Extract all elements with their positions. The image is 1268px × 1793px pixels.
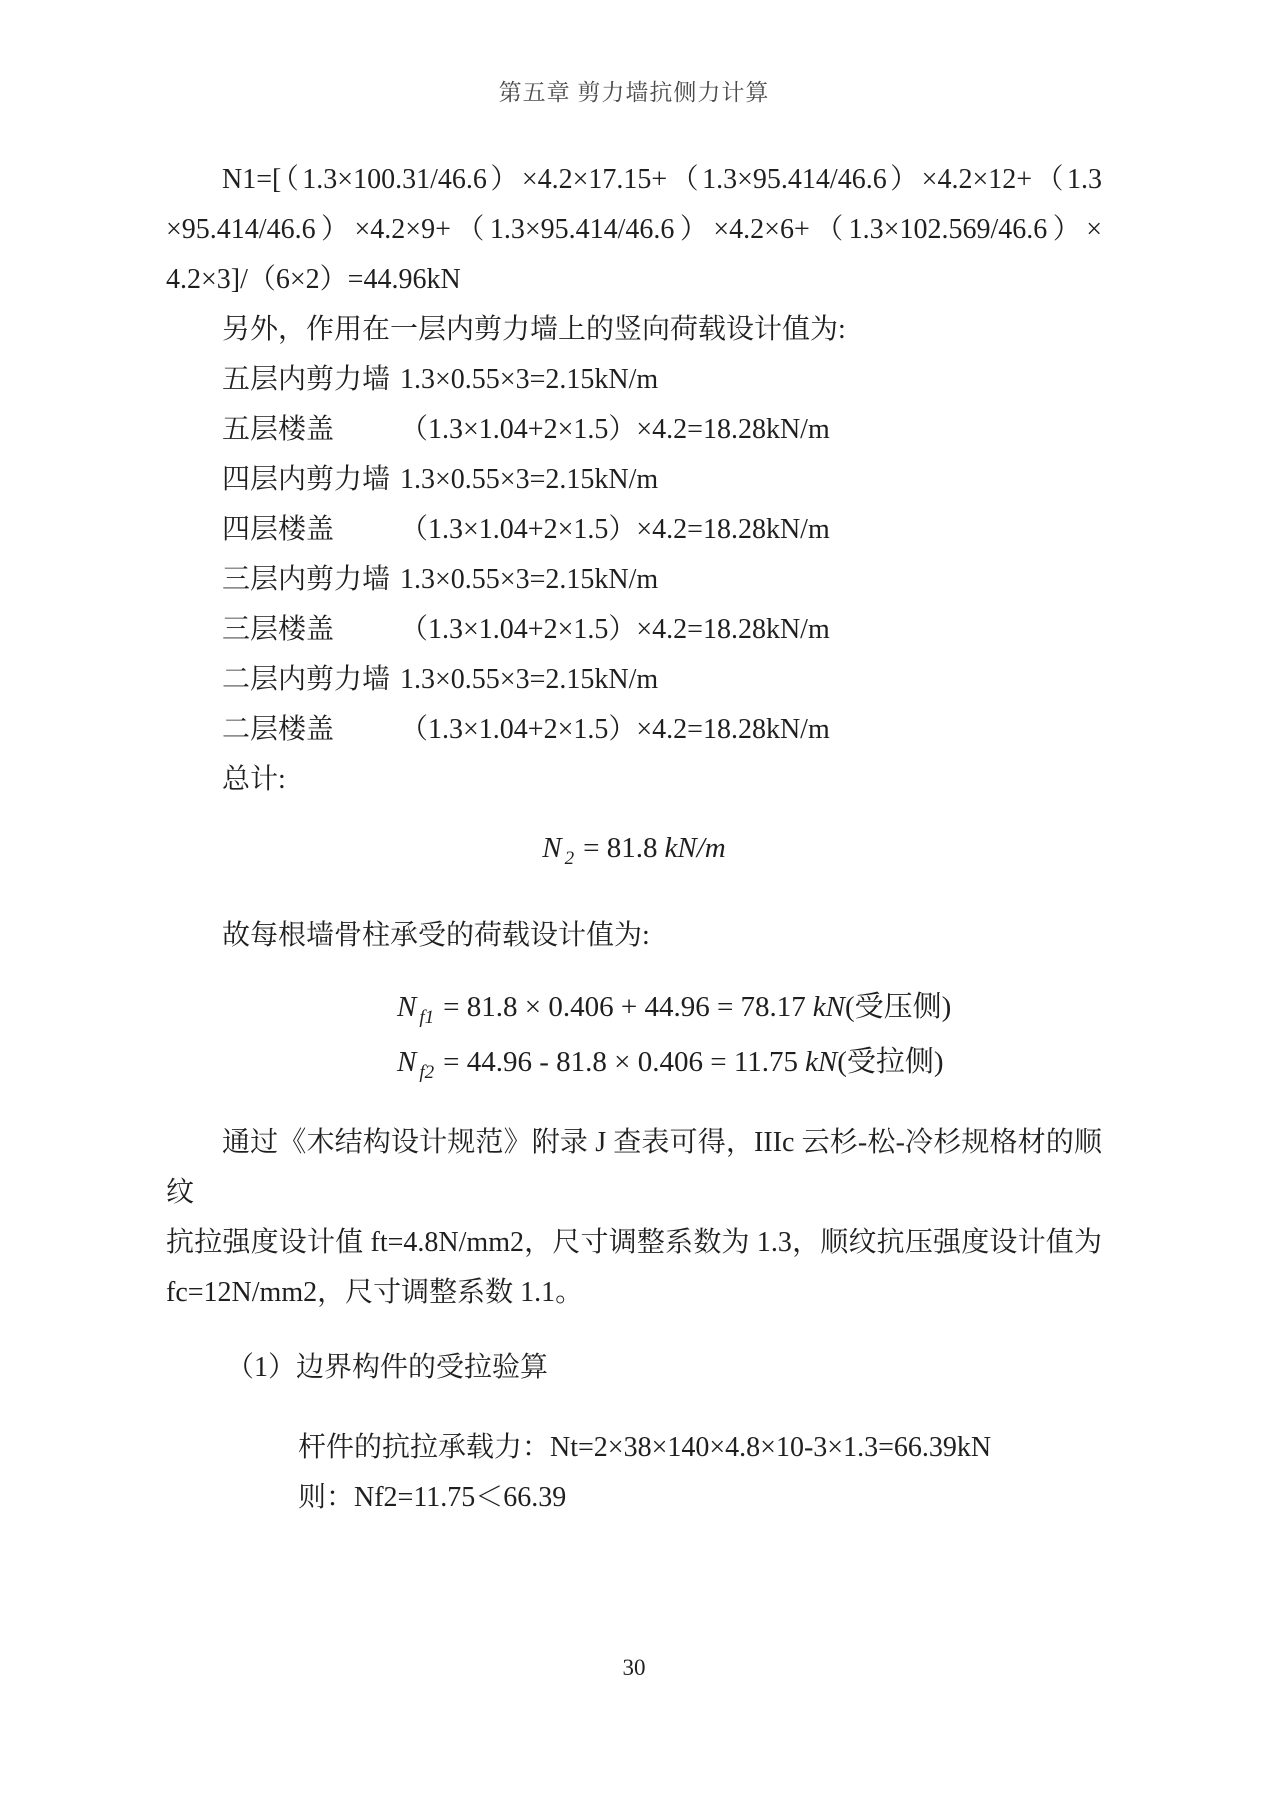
formula-variable: N	[397, 991, 416, 1023]
formula-subscript: f1	[419, 1007, 434, 1028]
tension-check-line: 则：Nf2=11.75＜66.39	[166, 1473, 1102, 1523]
load-item-row: 三层内剪力墙1.3×0.55×3=2.15kN/m	[166, 555, 1102, 605]
load-item-formula: （1.3×1.04+2×1.5）×4.2=18.28kN/m	[400, 705, 830, 755]
n1-calculation-line: ×95.414/46.6）×4.2×9+（1.3×95.414/46.6）×4.…	[166, 205, 1102, 255]
document-page: 第五章 剪力墙抗侧力计算 N1=[（1.3×100.31/46.6）×4.2×1…	[0, 0, 1268, 1793]
load-item-label: 二层内剪力墙	[222, 655, 400, 705]
load-item-formula: 1.3×0.55×3=2.15kN/m	[400, 355, 658, 405]
formula-expression: = 81.8	[583, 832, 657, 864]
n1-calculation-line: N1=[（1.3×100.31/46.6）×4.2×17.15+（1.3×95.…	[166, 155, 1102, 205]
load-item-label: 三层楼盖	[222, 605, 400, 655]
total-label: 总计:	[166, 755, 1102, 805]
formula-variable: N	[397, 1046, 416, 1078]
load-item-label: 二层楼盖	[222, 705, 400, 755]
formula-note: (受拉侧)	[837, 1046, 943, 1078]
load-item-label: 五层内剪力墙	[222, 355, 400, 405]
formula-note: (受压侧)	[845, 991, 951, 1023]
load-item-formula: 1.3×0.55×3=2.15kN/m	[400, 455, 658, 505]
spec-paragraph-line: fc=12N/mm2，尺寸调整系数 1.1。	[166, 1268, 1102, 1318]
load-item-row: 五层内剪力墙1.3×0.55×3=2.15kN/m	[166, 355, 1102, 405]
load-item-row: 四层楼盖（1.3×1.04+2×1.5）×4.2=18.28kN/m	[166, 505, 1102, 555]
load-item-row: 二层内剪力墙1.3×0.55×3=2.15kN/m	[166, 655, 1102, 705]
formula-unit: kN	[805, 1046, 837, 1078]
chapter-header: 第五章 剪力墙抗侧力计算	[0, 80, 1268, 106]
formula-subscript: f2	[419, 1062, 434, 1083]
formula-unit: kN	[813, 991, 845, 1023]
formula-nf2: Nf2= 44.96 - 81.8 × 0.406 = 11.75kN(受拉侧)	[166, 1040, 1102, 1095]
load-item-label: 四层内剪力墙	[222, 455, 400, 505]
spec-paragraph-line: 抗拉强度设计值 ft=4.8N/mm2，尺寸调整系数为 1.3，顺纹抗压强度设计…	[166, 1218, 1102, 1268]
load-item-row: 二层楼盖（1.3×1.04+2×1.5）×4.2=18.28kN/m	[166, 705, 1102, 755]
formula-expression: = 44.96 - 81.8 × 0.406 = 11.75	[443, 1046, 798, 1078]
section-heading: （1）边界构件的受拉验算	[166, 1343, 1102, 1393]
stud-formulas: Nf1= 81.8 × 0.406 + 44.96 = 78.17kN(受压侧)…	[166, 985, 1102, 1095]
formula-n2: N2= 81.8kN/m	[166, 823, 1102, 884]
spec-paragraph-line: 通过《木结构设计规范》附录 J 查表可得，IIIc 云杉-松-冷杉规格材的顺纹	[166, 1118, 1102, 1218]
formula-nf1: Nf1= 81.8 × 0.406 + 44.96 = 78.17kN(受压侧)	[166, 985, 1102, 1040]
load-item-row: 五层楼盖（1.3×1.04+2×1.5）×4.2=18.28kN/m	[166, 405, 1102, 455]
paragraph-spec: 通过《木结构设计规范》附录 J 查表可得，IIIc 云杉-松-冷杉规格材的顺纹 …	[166, 1118, 1102, 1318]
n1-calculation-line: 4.2×3]/（6×2）=44.96kN	[166, 255, 1102, 305]
load-item-formula: 1.3×0.55×3=2.15kN/m	[400, 555, 658, 605]
vertical-load-intro: 另外，作用在一层内剪力墙上的竖向荷载设计值为:	[166, 305, 1102, 355]
formula-unit: kN/m	[664, 832, 725, 864]
page-number: 30	[0, 1654, 1268, 1682]
load-item-label: 四层楼盖	[222, 505, 400, 555]
load-item-label: 三层内剪力墙	[222, 555, 400, 605]
load-item-row: 三层楼盖（1.3×1.04+2×1.5）×4.2=18.28kN/m	[166, 605, 1102, 655]
load-item-formula: （1.3×1.04+2×1.5）×4.2=18.28kN/m	[400, 605, 830, 655]
load-item-formula: 1.3×0.55×3=2.15kN/m	[400, 655, 658, 705]
formula-expression: = 81.8 × 0.406 + 44.96 = 78.17	[443, 991, 806, 1023]
stud-load-intro: 故每根墙骨柱承受的荷载设计值为:	[166, 911, 1102, 961]
load-item-label: 五层楼盖	[222, 405, 400, 455]
formula-subscript: 2	[565, 848, 575, 869]
paragraph-n1: N1=[（1.3×100.31/46.6）×4.2×17.15+（1.3×95.…	[166, 155, 1102, 305]
load-item-row: 四层内剪力墙1.3×0.55×3=2.15kN/m	[166, 455, 1102, 505]
tension-check: 杆件的抗拉承载力：Nt=2×38×140×4.8×10-3×1.3=66.39k…	[166, 1423, 1102, 1523]
tension-check-line: 杆件的抗拉承载力：Nt=2×38×140×4.8×10-3×1.3=66.39k…	[166, 1423, 1102, 1473]
formula-variable: N	[542, 832, 561, 864]
vertical-load-list: 五层内剪力墙1.3×0.55×3=2.15kN/m 五层楼盖（1.3×1.04+…	[166, 355, 1102, 755]
load-item-formula: （1.3×1.04+2×1.5）×4.2=18.28kN/m	[400, 505, 830, 555]
load-item-formula: （1.3×1.04+2×1.5）×4.2=18.28kN/m	[400, 405, 830, 455]
